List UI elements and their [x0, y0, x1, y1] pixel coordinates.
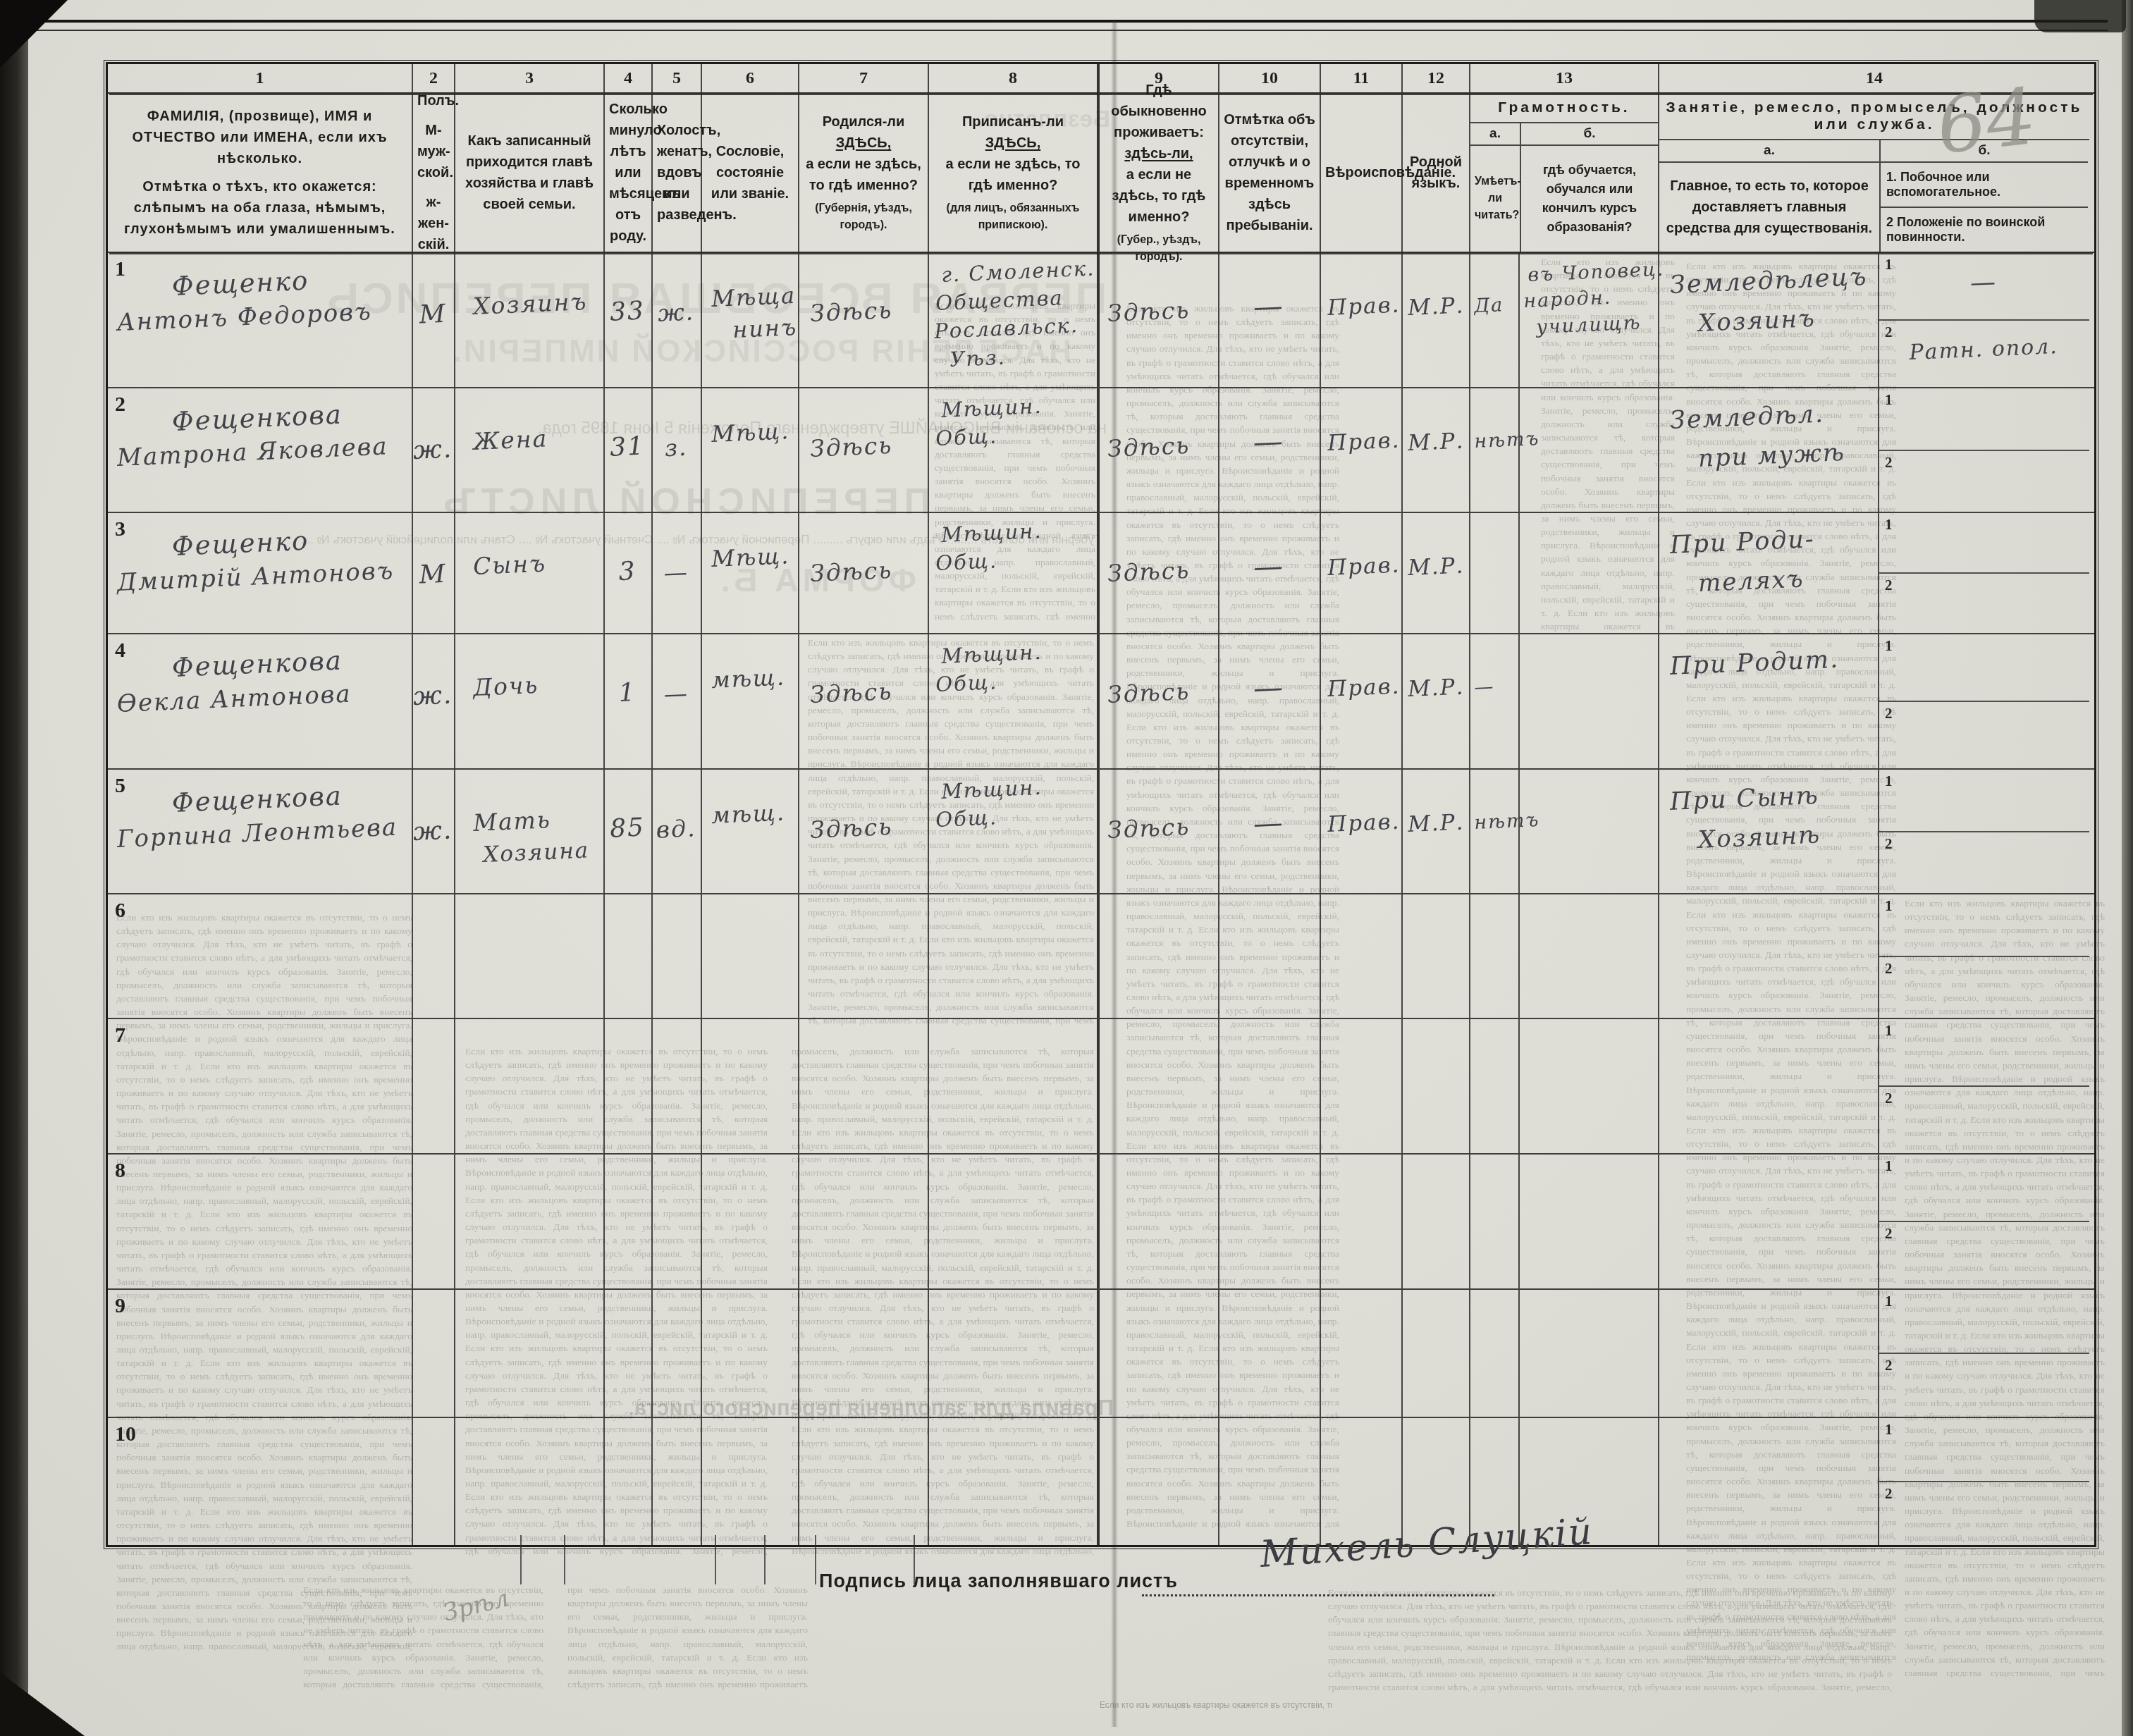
- hw-occupation-2: [1699, 1300, 1878, 1308]
- hw-literacy: [1475, 1458, 1518, 1460]
- cell-absence: [1219, 1418, 1321, 1545]
- cell-literacy-b: въ Чоповец. народн. училищѣ: [1520, 253, 1659, 387]
- cell-relation: Сынъ: [455, 513, 605, 633]
- hw-registration-2: Общ.: [935, 544, 1097, 575]
- subcell-military-status: 2: [1879, 956, 2089, 1018]
- cell-age: [605, 1019, 653, 1153]
- hw-relation-2: [484, 1189, 603, 1194]
- hw-registration-4: [950, 573, 1097, 579]
- hw-estate-2: [733, 830, 798, 833]
- hw-absence: [1219, 1324, 1320, 1328]
- cell-age: 3: [605, 513, 653, 633]
- hw-relation-2: [484, 456, 603, 461]
- header-absence-column: Отмѣтка объ отсутствіи, отлучкѣ и о врем…: [1219, 94, 1321, 252]
- hw-registration-2: [936, 1157, 1097, 1164]
- cell-literacy-a: —: [1470, 634, 1520, 768]
- hw-occupation-2: теляхъ: [1697, 562, 1878, 598]
- hw-registration-2: Общества: [935, 284, 1097, 315]
- cell-name: 4 Фещенкова Ѳекла Антонова: [108, 634, 413, 768]
- cell-literacy-b: [1520, 1290, 1659, 1417]
- hw-education-1: [1528, 640, 1658, 646]
- cell-residence: Здѣсь: [1100, 634, 1219, 768]
- hw-absence: [1219, 1053, 1320, 1057]
- hw-registration-2: Общ.: [935, 801, 1097, 832]
- table-row: 2 Фещенкова Матрона Яковлева ж. Жена 31 …: [108, 387, 2094, 512]
- cell-registration: Мѣщин. Общ.: [929, 513, 1100, 633]
- hw-sex: ж.: [412, 681, 454, 711]
- hw-age: 3: [603, 556, 651, 587]
- cell-birthplace: [799, 894, 929, 1018]
- row-number: 7: [115, 1023, 125, 1047]
- subcell-side-occupation: 1: [1879, 1155, 2089, 1221]
- hw-sex: [413, 1464, 454, 1466]
- hw-military-status: [1879, 1494, 2089, 1503]
- hw-marital: [653, 1463, 701, 1465]
- hw-sex: [413, 1200, 454, 1202]
- cell-name: 2 Фещенкова Матрона Яковлева: [108, 388, 413, 512]
- hw-registration-2: [936, 1022, 1097, 1029]
- cell-occupation-side: 1 2: [1879, 1019, 2089, 1153]
- subcell-side-occupation: 1: [1879, 1290, 2089, 1353]
- hw-side-occupation: [1879, 399, 2089, 408]
- cell-relation: [455, 1019, 605, 1153]
- header-literacy-group: Грамотность. а. Умѣетъ-ли читать? б. гдѣ…: [1470, 94, 1659, 252]
- col-num-12: 12: [1403, 64, 1470, 92]
- hw-age: 33: [603, 296, 651, 327]
- hw-language: М.Р.: [1407, 809, 1468, 837]
- grid-line-extension: [564, 1535, 565, 1584]
- hw-absence: —: [1218, 422, 1320, 461]
- cell-sex: ж.: [413, 634, 455, 768]
- hw-registration-1: [942, 1157, 1097, 1164]
- hw-given-name: [118, 1160, 412, 1173]
- hw-surname: [173, 902, 412, 913]
- cell-occupation-main: При Сынѣ Хозяинѣ: [1659, 770, 1879, 893]
- cell-residence: Здѣсь: [1100, 513, 1219, 633]
- hw-birthplace: [811, 1196, 928, 1201]
- col-num-10: 10: [1219, 64, 1321, 92]
- hw-education-3: [1537, 1424, 1658, 1429]
- hw-registration-4: [950, 898, 1097, 904]
- hw-religion: [1328, 1457, 1401, 1460]
- cell-occupation-side: 1 — 2 Ратн. опол.: [1879, 253, 2089, 387]
- hw-education-2: [1524, 519, 1658, 524]
- hw-surname: [173, 1298, 412, 1308]
- hw-estate-1: мѣщ.: [711, 663, 798, 694]
- hw-side-occupation: [1879, 645, 2089, 654]
- hw-relation-1: [474, 1053, 603, 1059]
- subcell-number-2: 2: [1885, 835, 1893, 853]
- sheet-top-rule: [28, 20, 2108, 31]
- cell-age: 31: [605, 388, 653, 512]
- cell-birthplace: Здѣсь: [799, 388, 929, 512]
- row-number: 8: [115, 1159, 125, 1183]
- hw-registration-2: Общ.: [935, 665, 1097, 696]
- table-row: 1 Фещенко Антонъ Федоровъ М Хозяинъ 33 ж…: [108, 253, 2094, 387]
- hw-sex: ж.: [412, 435, 454, 465]
- cell-estate: [702, 894, 799, 1018]
- hw-language: М.Р.: [1407, 293, 1468, 321]
- header-sex-female: ж-жен-скій.: [417, 192, 450, 255]
- cell-marital: [653, 1019, 702, 1153]
- hw-religion: Прав.: [1327, 427, 1401, 456]
- hw-registration-1: [942, 1293, 1097, 1300]
- hw-registration-1: [942, 897, 1097, 904]
- cell-literacy-a: нѣтъ: [1470, 388, 1520, 512]
- subcell-number-2: 2: [1885, 1485, 1893, 1503]
- hw-education-3: [1537, 1160, 1658, 1166]
- cell-sex: М: [413, 253, 455, 387]
- cell-literacy-a: [1470, 513, 1520, 633]
- grid-line-extension: [764, 1535, 766, 1584]
- header-sex-male: М-муж-ской.: [417, 120, 450, 183]
- cell-religion: [1321, 894, 1403, 1018]
- hw-side-occupation: [1879, 1030, 2089, 1039]
- cell-name: 3 Фещенко Дмитрій Антоновъ: [108, 513, 413, 633]
- hw-age: 85: [603, 813, 651, 844]
- hw-education-2: [1524, 1424, 1658, 1429]
- header-marital-column: Холостъ, женатъ, вдовъ или разведенъ.: [653, 94, 702, 252]
- cell-absence: —: [1219, 388, 1321, 512]
- cell-literacy-a: [1470, 1155, 1520, 1288]
- cell-name: 9: [108, 1290, 413, 1417]
- subcell-side-occupation: 1: [1879, 634, 2089, 701]
- cell-marital: —: [653, 634, 702, 768]
- hw-given-name: [118, 1025, 412, 1038]
- hw-relation-2: [484, 1453, 603, 1458]
- hw-language: М.Р.: [1407, 674, 1468, 702]
- hw-military-status: Ратн. опол.: [1878, 333, 2089, 367]
- hw-education-2: [1524, 1025, 1658, 1030]
- header-age-column: Сколько минуло лѣтъ или мѣсяцевъ отъ род…: [605, 94, 653, 252]
- hw-birthplace: [811, 1460, 928, 1465]
- hw-registration-1: Мѣщин.: [941, 391, 1097, 422]
- subcell-number-1: 1: [1885, 772, 1893, 790]
- hw-relation-1: Дочь: [472, 668, 603, 701]
- hw-side-occupation: [1879, 905, 2089, 914]
- cell-estate: Мѣщ.: [702, 513, 799, 633]
- header-literacy-b: б. гдѣ обучается, обучался или кончилъ к…: [1520, 123, 1658, 252]
- header-literacy-a: а. Умѣетъ-ли читать?: [1470, 123, 1520, 252]
- hw-age: 1: [603, 677, 651, 708]
- hw-estate-1: [712, 1447, 798, 1451]
- hw-marital: ж.: [651, 297, 701, 327]
- col-num-1: 1: [108, 64, 413, 92]
- cell-birthplace: Здѣсь: [799, 634, 929, 768]
- hw-religion: [1328, 1329, 1401, 1332]
- signature-label: Подпись лица заполнявшаго листъ: [819, 1570, 1178, 1592]
- cell-residence: [1100, 894, 1219, 1018]
- cell-name: 5 Фещенкова Горпина Леонтьева: [108, 770, 413, 893]
- header-occupation-a: а. Главное, то есть то, которое доставля…: [1659, 140, 1879, 252]
- cell-age: [605, 1418, 653, 1545]
- hw-age: [605, 1461, 651, 1463]
- cell-religion: [1321, 1019, 1403, 1153]
- cell-occupation-side: 1 2: [1879, 634, 2089, 768]
- row-number: 10: [115, 1422, 136, 1446]
- header-name-column: ФАМИЛІЯ, (прозвище), ИМЯ и ОТЧЕСТВО или …: [108, 94, 413, 252]
- cell-literacy-a: [1470, 1290, 1520, 1417]
- cell-birthplace: Здѣсь: [799, 513, 929, 633]
- hw-literacy: [1475, 935, 1518, 937]
- hw-education-2: народн.: [1523, 285, 1658, 312]
- cell-birthplace: [799, 1418, 929, 1545]
- hw-language: [1408, 934, 1469, 937]
- cell-age: [605, 1290, 653, 1417]
- scan-edge-right: [2122, 0, 2133, 1736]
- hw-relation-2: [484, 581, 603, 586]
- cell-sex: ж.: [413, 770, 455, 893]
- cell-registration: [929, 894, 1100, 1018]
- subcell-military-status: 2: [1879, 1481, 2089, 1545]
- scan-corner-bottom-left: [0, 1673, 85, 1736]
- cell-marital: [653, 1418, 702, 1545]
- hw-registration-1: г. Смоленск.: [941, 256, 1097, 287]
- cell-birthplace: [799, 1155, 929, 1288]
- hw-marital: [653, 1064, 701, 1066]
- cell-marital: з.: [653, 388, 702, 512]
- cell-registration: Мѣщин. Общ.: [929, 770, 1100, 893]
- hw-marital: з.: [651, 433, 701, 462]
- hw-residence: Здѣсь: [1107, 555, 1218, 587]
- hw-registration-3: Рославльск.: [934, 312, 1097, 343]
- hw-surname: Фещенко: [171, 521, 412, 562]
- hw-literacy: [1475, 553, 1518, 555]
- hw-education-1: [1528, 1295, 1658, 1301]
- hw-relation-2: [484, 702, 603, 707]
- scan-edge-left: [0, 0, 28, 1736]
- hw-relation-2: [484, 1054, 603, 1059]
- cell-literacy-b: [1520, 1019, 1659, 1153]
- hw-sex: ж.: [412, 816, 454, 847]
- hw-estate-1: [712, 1048, 798, 1052]
- hw-given-name: Горпина Леонтьева: [116, 813, 411, 854]
- hw-occupation-2: Хозяинѣ: [1697, 818, 1878, 854]
- subcell-number-2: 2: [1885, 454, 1893, 472]
- hw-estate-1: Мѣщ.: [711, 417, 798, 448]
- hw-registration-4: [950, 1422, 1097, 1428]
- hw-residence: Здѣсь: [1107, 676, 1218, 708]
- subcell-number-1: 1: [1885, 391, 1893, 409]
- hw-estate-2: нинъ: [732, 314, 798, 343]
- cell-literacy-a: [1470, 1019, 1520, 1153]
- hw-relation-1: [474, 928, 603, 934]
- hw-education-1: въ Чоповец.: [1527, 259, 1658, 286]
- cell-marital: вд.: [653, 770, 702, 893]
- hw-military-status: [1879, 969, 2089, 978]
- col-num-11: 11: [1321, 64, 1403, 92]
- cell-absence: —: [1219, 770, 1321, 893]
- hw-education-3: [1537, 1025, 1658, 1030]
- row-number: 2: [115, 393, 125, 417]
- hw-relation-1: Мать: [472, 804, 603, 837]
- hw-registration-4: [950, 1158, 1097, 1164]
- cell-occupation-side: 1 2: [1879, 1418, 2089, 1545]
- cell-absence: [1219, 1290, 1321, 1417]
- table-row: 5 Фещенкова Горпина Леонтьева ж. Мать Хо…: [108, 768, 2094, 893]
- cell-marital: [653, 894, 702, 1018]
- cell-residence: [1100, 1155, 1219, 1288]
- cell-language: [1403, 1290, 1470, 1417]
- hw-relation-2: [484, 929, 603, 934]
- cell-occupation-main: [1659, 1418, 1879, 1545]
- cell-occupation-main: Земледѣл. при мужѣ: [1659, 388, 1879, 512]
- cell-estate: [702, 1290, 799, 1417]
- col-num-3: 3: [455, 64, 605, 92]
- subcell-side-occupation: 1: [1879, 1019, 2089, 1085]
- cell-language: М.Р.: [1403, 388, 1470, 512]
- hw-surname: Фещенко: [171, 261, 412, 302]
- grid-line-extension: [520, 1535, 522, 1584]
- hw-occupation-1: Земледѣлецъ: [1669, 262, 1877, 300]
- hw-birthplace: Здѣсь: [809, 676, 928, 708]
- cell-age: 85: [605, 770, 653, 893]
- hw-given-name: Дмитрій Антоновъ: [116, 556, 411, 597]
- hw-sex: [413, 940, 454, 942]
- hw-occupation-2: [1699, 1030, 1878, 1038]
- hw-given-name: [118, 1424, 412, 1436]
- cell-literacy-b: [1520, 770, 1659, 893]
- cell-age: 1: [605, 634, 653, 768]
- hw-education-3: [1537, 1295, 1658, 1301]
- cell-registration: Мѣщин. Общ.: [929, 634, 1100, 768]
- hw-military-status: [1879, 463, 2089, 472]
- cell-registration: [929, 1418, 1100, 1545]
- hw-education-1: [1528, 775, 1658, 781]
- subcell-military-status: 2: [1879, 1085, 2089, 1153]
- cell-residence: [1100, 1019, 1219, 1153]
- subcell-military-status: 2 Ратн. опол.: [1879, 319, 2089, 387]
- header-birthplace-column: Родился-ли ЗДѢСЬ, а если не здѣсь, то гд…: [799, 94, 929, 252]
- scan-corner-top-left: [0, 0, 68, 68]
- hw-religion: Прав.: [1327, 292, 1401, 321]
- cell-sex: ж.: [413, 388, 455, 512]
- hw-surname: [173, 1426, 412, 1436]
- cell-birthplace: Здѣсь: [799, 253, 929, 387]
- hw-sex: [413, 1065, 454, 1067]
- hw-estate-2: [733, 1448, 798, 1451]
- hw-registration-3: [935, 1293, 1097, 1300]
- subcell-number-1: 1: [1885, 1421, 1893, 1439]
- hw-occupation-2: [1699, 1429, 1878, 1436]
- hw-given-name: Матрона Яковлева: [116, 431, 411, 472]
- hw-residence: Здѣсь: [1107, 295, 1218, 327]
- hw-registration-3: [935, 1157, 1097, 1164]
- hw-language: [1408, 1194, 1469, 1197]
- subcell-number-1: 1: [1885, 637, 1893, 655]
- col-num-4: 4: [605, 64, 653, 92]
- hw-given-name: [118, 900, 412, 913]
- row-number: 6: [115, 899, 125, 923]
- hw-occupation-1: [1671, 1028, 1878, 1038]
- column-header-row: ФАМИЛІЯ, (прозвище), ИМЯ и ОТЧЕСТВО или …: [108, 94, 2094, 253]
- cell-religion: Прав.: [1321, 770, 1403, 893]
- hw-occupation-1: [1671, 1427, 1878, 1436]
- hw-occupation-1: [1671, 904, 1878, 913]
- hw-occupation-1: [1671, 1164, 1878, 1173]
- table-row: 8: [108, 1153, 2094, 1288]
- cell-occupation-side: 1 2: [1879, 770, 2089, 893]
- hw-absence: [1219, 928, 1320, 932]
- hw-registration-1: Мѣщин.: [941, 516, 1097, 547]
- col-num-8: 8: [929, 64, 1100, 92]
- hw-relation-1: Хозяинъ: [472, 287, 603, 320]
- cell-occupation-side: 1 2: [1879, 1290, 2089, 1417]
- hw-marital: вд.: [651, 814, 701, 844]
- header-occupation-b2: 2 Положеніе по воинской повинности.: [1881, 207, 2088, 252]
- hw-marital: —: [651, 558, 701, 587]
- cell-estate: [702, 1019, 799, 1153]
- hw-estate-2: [733, 1184, 798, 1187]
- cell-sex: М: [413, 513, 455, 633]
- cell-sex: [413, 1290, 455, 1417]
- cell-occupation-main: [1659, 1155, 1879, 1288]
- cell-religion: [1321, 1155, 1403, 1288]
- cell-name: 6: [108, 894, 413, 1018]
- row-number: 9: [115, 1294, 125, 1318]
- hw-education-3: [1537, 775, 1658, 781]
- cell-relation: [455, 1290, 605, 1417]
- subcell-number-2: 2: [1885, 1357, 1893, 1374]
- cell-registration: [929, 1155, 1100, 1288]
- subcell-side-occupation: 1: [1879, 513, 2089, 572]
- hw-literacy: [1475, 1330, 1518, 1332]
- cell-birthplace: Здѣсь: [799, 770, 929, 893]
- hw-birthplace: [811, 1331, 928, 1336]
- subcell-military-status: 2: [1879, 450, 2089, 512]
- hw-estate-1: Мѣщ.: [711, 542, 798, 572]
- hw-education-2: [1524, 1295, 1658, 1301]
- hw-literacy: [1475, 1059, 1518, 1061]
- hw-education-1: [1528, 900, 1658, 906]
- printer-imprint: Если кто изъ жильцовъ квартиры окажется …: [1100, 1700, 1332, 1713]
- subcell-side-occupation: 1: [1879, 770, 2089, 831]
- cell-absence: —: [1219, 513, 1321, 633]
- cell-literacy-b: [1520, 1155, 1659, 1288]
- hw-absence: —: [1218, 547, 1320, 586]
- cell-residence: [1100, 1290, 1219, 1417]
- hw-education-1: [1528, 519, 1658, 524]
- cell-relation: Мать Хозяина: [455, 770, 605, 893]
- hw-surname: Фещенкова: [171, 642, 412, 683]
- hw-given-name: Антонъ Федоровъ: [116, 296, 411, 337]
- pencil-sheet-number: 64: [1933, 71, 2041, 171]
- cell-language: М.Р.: [1403, 770, 1470, 893]
- hw-education-2: [1524, 640, 1658, 646]
- hw-residence: Здѣсь: [1107, 430, 1218, 462]
- header-residence-column: Гдѣ обыкновенно проживаетъ: здѣсь-ли, а …: [1100, 94, 1219, 252]
- hw-registration-1: [942, 1022, 1097, 1029]
- cell-name: 10: [108, 1418, 413, 1545]
- cell-absence: [1219, 1155, 1321, 1288]
- cell-literacy-b: [1520, 894, 1659, 1018]
- subcell-military-status: 2: [1879, 1353, 2089, 1417]
- hw-religion: [1328, 933, 1401, 937]
- hw-registration-3: [935, 1022, 1097, 1029]
- hw-sex: М: [412, 560, 454, 590]
- column-number-row: 1 2 3 4 5 6 7 8 9 10 11 12 13 14: [108, 64, 2094, 94]
- cell-literacy-b: [1520, 513, 1659, 633]
- subcell-side-occupation: 1: [1879, 1418, 2089, 1481]
- cell-occupation-main: Земледѣлецъ Хозяинъ: [1659, 253, 1879, 387]
- hw-occupation-1: Земледѣл.: [1669, 398, 1877, 435]
- header-religion-column: Вѣроисповѣданіе.: [1321, 94, 1403, 252]
- hw-relation-2: [484, 1324, 603, 1329]
- subcell-number-2: 2: [1885, 960, 1893, 978]
- hw-registration-4: [950, 1023, 1097, 1029]
- cell-estate: Мѣщ.: [702, 388, 799, 512]
- signature-dotted-line: [1142, 1594, 1494, 1596]
